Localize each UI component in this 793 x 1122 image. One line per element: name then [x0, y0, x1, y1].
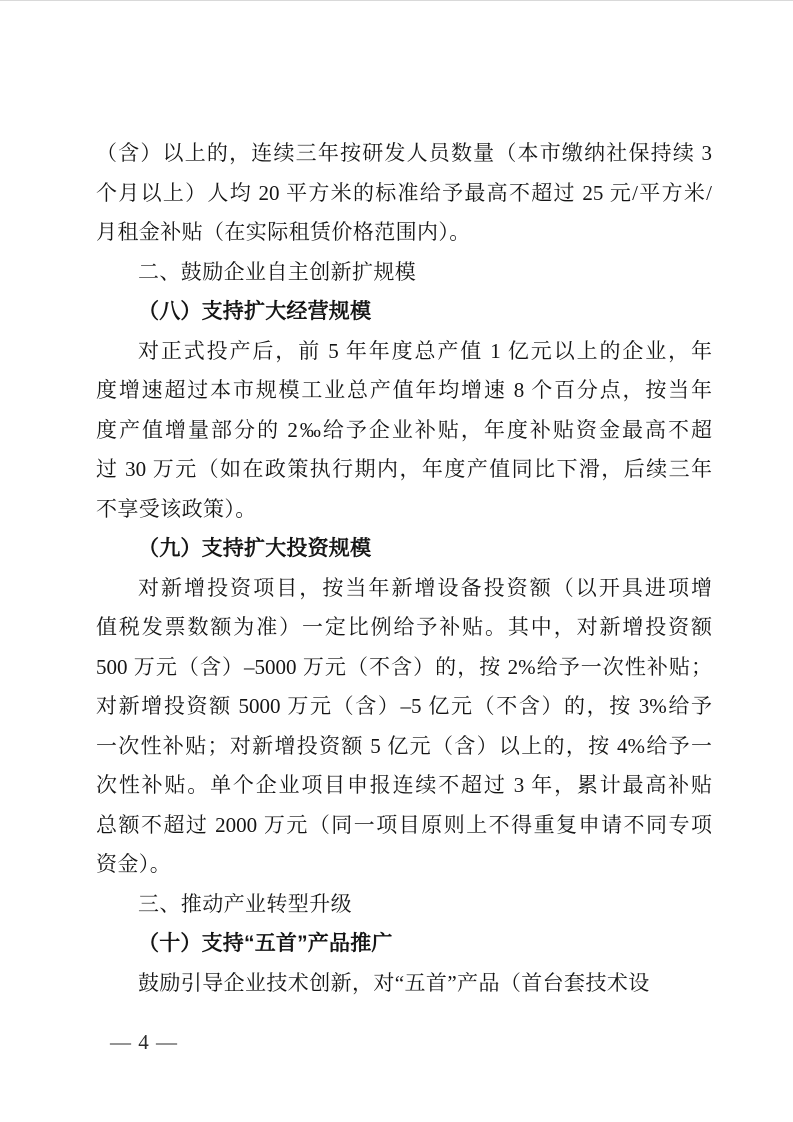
paragraph-line: 度产值增量部分的 2‰给予企业补贴，年度补贴资金最高不超: [96, 411, 712, 451]
section-heading: 三、推动产业转型升级: [96, 885, 712, 925]
document-text-block: （含）以上的，连续三年按研发人员数量（本市缴纳社保持续 3个月以上）人均 20 …: [96, 134, 712, 1003]
paragraph-line: 个月以上）人均 20 平方米的标准给予最高不超过 25 元/平方米/: [96, 174, 712, 214]
document-page: （含）以上的，连续三年按研发人员数量（本市缴纳社保持续 3个月以上）人均 20 …: [0, 0, 793, 1122]
subsection-heading: （八）支持扩大经营规模: [96, 292, 712, 332]
paragraph-line: 一次性补贴；对新增投资额 5 亿元（含）以上的，按 4%给予一: [96, 727, 712, 767]
paragraph-line: 对新增投资额 5000 万元（含）–5 亿元（不含）的，按 3%给予: [96, 687, 712, 727]
paragraph-first-line: 对正式投产后，前 5 年年度总产值 1 亿元以上的企业，年: [96, 332, 712, 372]
section-heading: 二、鼓励企业自主创新扩规模: [96, 253, 712, 293]
paragraph-line: 度增速超过本市规模工业总产值年均增速 8 个百分点，按当年: [96, 371, 712, 411]
paragraph-line: （含）以上的，连续三年按研发人员数量（本市缴纳社保持续 3: [96, 134, 712, 174]
subsection-heading: （九）支持扩大投资规模: [96, 529, 712, 569]
subsection-heading: （十）支持“五首”产品推广: [96, 924, 712, 964]
paragraph-line: 次性补贴。单个企业项目申报连续不超过 3 年，累计最高补贴: [96, 766, 712, 806]
paragraph-line: 总额不超过 2000 万元（同一项目原则上不得重复申请不同专项: [96, 806, 712, 846]
scan-edge-artifact: [0, 0, 793, 1]
paragraph-line: 值税发票数额为准）一定比例给予补贴。其中，对新增投资额: [96, 608, 712, 648]
paragraph-line: 500 万元（含）–5000 万元（不含）的，按 2%给予一次性补贴；: [96, 648, 712, 688]
paragraph-line: 资金）。: [96, 845, 712, 885]
paragraph-first-line: 鼓励引导企业技术创新，对“五首”产品（首台套技术设: [96, 964, 712, 1004]
paragraph-line: 过 30 万元（如在政策执行期内，年度产值同比下滑，后续三年: [96, 450, 712, 490]
page-number: — 4 —: [110, 1030, 178, 1055]
paragraph-line: 不享受该政策）。: [96, 490, 712, 530]
paragraph-line: 月租金补贴（在实际租赁价格范围内）。: [96, 213, 712, 253]
paragraph-first-line: 对新增投资项目，按当年新增设备投资额（以开具进项增: [96, 569, 712, 609]
